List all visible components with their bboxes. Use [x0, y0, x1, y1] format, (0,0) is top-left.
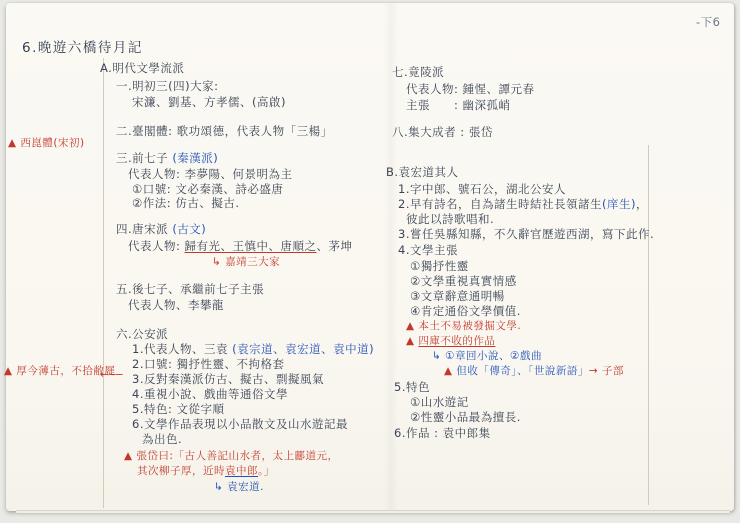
red-note-2: ▲ 四庫不收的作品	[406, 333, 495, 348]
item-6-feature: 5.特色: 文從字順	[132, 401, 225, 417]
blue-note-genres: ↳ ①章回小說、②戲曲	[432, 348, 542, 363]
yuan-zhonglang-underlined: 袁中郎	[225, 465, 258, 477]
item-8-heading: 八.集大成者 : 張岱	[392, 124, 493, 140]
item-7-heading: 七.竟陵派	[392, 64, 444, 80]
margin-note-hinjin: ▲ 厚今薄古，不拾敝屣	[4, 363, 115, 378]
red-note-2-triangle: ▲	[406, 335, 418, 347]
item-3-label: 三.前七子	[116, 151, 172, 165]
item-3-heading: 三.前七子 (秦漢派)	[116, 150, 218, 166]
item-5-heading: 五.後七子、承繼前七子主張	[116, 281, 264, 297]
zhangdai-quote-2: 其次柳子厚，近時袁中郎。」	[137, 463, 275, 478]
mixed-note-triangle: ▲	[444, 365, 456, 377]
jiajing-masters-note: ↳ 嘉靖三大家	[212, 254, 280, 269]
left-margin-rule	[103, 58, 104, 508]
item-1-heading: 一.明初三(四)大家:	[116, 78, 219, 94]
note-title: 6.晚遊六橋待月記	[22, 36, 143, 56]
item-3-school: (秦漢派)	[172, 151, 218, 165]
b-feature-1: ①山水遊記	[410, 394, 469, 410]
b-item-2: 2.早有詩名，自為諸生時結社長領諸生(庠生)，	[398, 196, 648, 212]
b-feature-2: ②性靈小品最為擅長.	[410, 409, 521, 425]
b-item-4: 4.文學主張	[398, 242, 458, 258]
item-3-people: 代表人物: 李夢陽、何景明為主	[128, 166, 293, 182]
item-6-works-2: 為出色.	[142, 431, 182, 447]
item-6-people-label: 1.代表人物、三袁	[132, 342, 232, 356]
item-7-claim: 主張 : 幽深孤峭	[406, 97, 511, 113]
item-4-people: 代表人物: 歸有光、王慎中、唐順之、茅坤	[128, 238, 353, 254]
page-stack-edge	[16, 510, 730, 515]
item-3-method: ②作法: 仿古、擬古.	[132, 195, 240, 211]
section-a-heading: A.明代文學流派	[100, 60, 184, 76]
item-4-people-rest: 、茅坤	[317, 239, 353, 253]
red-note-1: ▲ 本土不易被發掘文學.	[406, 318, 521, 333]
b-item-2-comma: ，	[636, 197, 648, 211]
b-item-6: 6.作品 : 袁中郎集	[394, 425, 491, 441]
item-7-people: 代表人物: 鍾惺、譚元春	[406, 81, 535, 97]
item-6-works-1: 6.文學作品表現以小品散文及山水遊記最	[132, 416, 348, 432]
b-claim-4: ④肯定通俗文學價值.	[410, 303, 521, 319]
b-item-2-text: 2.早有詩名，自為諸生時結社長領諸生	[398, 197, 602, 211]
item-6-fiction: 4.重視小說、戲曲等通俗文學	[132, 386, 288, 402]
quote-2-pre: 其次柳子厚，近時	[137, 465, 225, 477]
zhangdai-quote-1: ▲ 張岱曰:「古人善記山水者，太上酈道元，	[124, 448, 338, 463]
section-b-heading: B.袁宏道其人	[386, 164, 459, 180]
b-claim-3: ③文章辭意通明暢	[410, 288, 505, 304]
mixed-note-category: → 子部	[589, 365, 624, 377]
quote-2-post: 。」	[258, 465, 275, 477]
item-6-oppose: 3.反對秦漢派仿古、擬古、剽擬風氣	[132, 371, 324, 387]
yuan-hongdao-note: ↳ 袁宏道.	[214, 479, 264, 494]
b-item-5: 5.特色	[394, 379, 430, 395]
margin-arrow: ←──	[100, 369, 123, 381]
item-2-heading: 二.臺閣體: 歌功頌德，代表人物「三楊」	[116, 123, 333, 139]
b-claim-1: ①獨抒性靈	[410, 258, 469, 274]
item-1-names: 宋濂、劉基、方孝儒、(高啟)	[132, 94, 286, 110]
item-6-slogan: 2.口號: 獨抒性靈、不拘格套	[132, 356, 285, 372]
mixed-note-titles: 但收「傳奇」、「世說新語」	[456, 365, 589, 377]
b-item-3: 3.嘗任吳縣知縣，不久辭官歷遊西湖，寫下此作.	[398, 226, 654, 242]
margin-note-xikun: ▲ 西崑體(宋初)	[8, 135, 85, 150]
three-yuan-names: (袁宗道、袁宏道、袁中道)	[232, 342, 374, 356]
right-margin-rule	[648, 145, 649, 505]
mixed-note-siku: ▲ 但收「傳奇」、「世說新語」→ 子部	[444, 363, 624, 378]
item-4-label: 四.唐宋派	[116, 222, 172, 236]
item-4-heading: 四.唐宋派 (古文)	[116, 221, 206, 237]
b-claim-2: ②文學重視真實情感	[410, 273, 517, 289]
item-6-people: 1.代表人物、三袁 (袁宗道、袁宏道、袁中道)	[132, 341, 374, 357]
b-item-2b: 彼此以詩歌唱和.	[406, 211, 494, 227]
item-4-people-label: 代表人物:	[128, 239, 185, 253]
item-4-school: (古文)	[172, 222, 206, 236]
item-4-people-underlined: 歸有光、王慎中、唐順之	[185, 239, 317, 253]
item-6-heading: 六.公安派	[116, 326, 168, 342]
item-5-people: 代表人物、李攀龍	[128, 297, 224, 313]
siku-excluded-underlined: 四庫不收的作品	[418, 335, 495, 347]
page-number: -下6	[696, 14, 720, 30]
b-item-1: 1.字中郎、號石公，湖北公安人	[398, 181, 566, 197]
b-item-2-gloss: (庠生)	[602, 197, 636, 211]
